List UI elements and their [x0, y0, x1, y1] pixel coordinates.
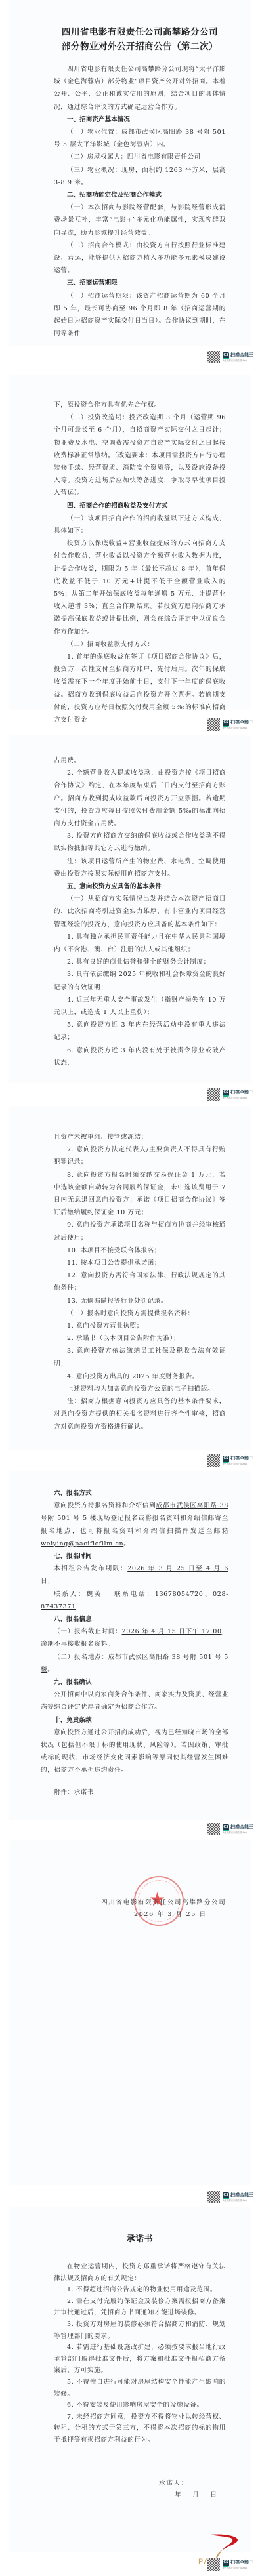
watermark-tagline: 3亿人都在用的扫描App: [223, 1831, 247, 1835]
s7-period: 本招租公告发布期限：2026 年 3 月 25 日至 4 月 6 日；: [41, 1563, 228, 1587]
s1-item-3: （三）物业概况：现房，面积约 1263 平方米，层高 3-8.9 米。: [54, 164, 226, 189]
pledge-date-label: 年 月 日: [175, 2489, 219, 2499]
page-4: 且资产未被重组、接管或冻结； 7. 意向投资方法定代表人/主要负责人不得具有行贿…: [9, 1107, 251, 1450]
qr-code-icon: [207, 718, 220, 731]
watermark-tagline: 3亿人都在用的扫描App: [223, 1463, 247, 1466]
watermark-brand: 扫描全能王: [230, 719, 253, 726]
s2-item-2: （二）招商合作模式：由投资方自行按照行业标准建设、营运，能够提供为招商方植入多功…: [54, 239, 226, 277]
email-link[interactable]: weiying@pacificfilm.cn: [41, 1540, 123, 1547]
s1-item-1: （一）物业位置：成都市武侯区高阳路 38 号附 501 号 5 层太平洋影城（金…: [54, 126, 226, 151]
s5-condition-13: 13. 无偷漏瞒报等行业处罚记录。: [54, 1295, 226, 1307]
pledge-item-1: 1. 不得超过招商公告规定的物业使用用途及范围。: [54, 2284, 226, 2296]
page-7: 承诺书 在物业运营期内，投资方郑重承诺将严格遵守有关法律法规及招商方的有关规定：…: [9, 2207, 251, 2552]
s5-condition-1: 1. 具有独立承担民事责任能力且在中华人民共和国境内（不含港、澳、台）注册的法人…: [54, 931, 226, 956]
s6-text-end: 。: [123, 1540, 130, 1547]
s5-condition-5: 5. 意向投资方近 3 年内在经营活动中没有重大违法记录；: [54, 1019, 226, 1044]
watermark-tagline: 3亿人都在用的扫描App: [223, 727, 247, 730]
camscanner-watermark: CS 扫描全能王 3亿人都在用的扫描App: [207, 1454, 253, 1467]
section-4-heading: 四、招商合作的招商收益及支付方式: [54, 500, 226, 512]
watermark-brand: 扫描全能王: [230, 1824, 253, 1830]
period-end: ；: [47, 1578, 54, 1585]
camscanner-logo-icon: CS: [223, 1456, 229, 1463]
contact-name: 魏英: [87, 1591, 103, 1598]
section-3-heading: 三、招商运营期限: [54, 277, 226, 289]
watermark-tagline: 3亿人都在用的扫描App: [223, 2199, 247, 2203]
s5-materials-note: 上述资料均为加盖意向投资方公章的电子扫描版。: [54, 1383, 226, 1395]
section-5-heading: 五、意向投资方应具备的基本条件: [54, 880, 226, 893]
camscanner-watermark: CS 扫描全能王 3亿人都在用的扫描App: [207, 351, 253, 364]
watermark-brand: 扫描全能王: [230, 2559, 253, 2566]
watermark-brand: 扫描全能王: [230, 2192, 253, 2198]
s5-note: 注：招商方根据意向投资方应具备的基本条件要求，对意向投资方提供的相关报名资料进行…: [54, 1395, 226, 1433]
s3-item-1-part1: （一）招商运营期限：该资产招商运营期为 60 个月即 5 年，最长可协商至 96…: [54, 290, 226, 340]
s5-condition-10: 10. 本项目不接受联合体报名；: [54, 1244, 226, 1257]
qr-code-icon: [207, 1088, 220, 1101]
s4-note: 注：该项目运营所产生的物业费、水电费、空调使用费由投资方按照实际使用向招商方支付…: [54, 855, 226, 880]
document-title-line2: 部分物业对外公开招商公告（第二次）: [54, 39, 226, 54]
s2-item-1: （一）本次招商与影院经营配套，与影院经营形成消费场景互补，丰富“电影+”多元化功…: [54, 201, 226, 239]
pledge-item-3: 3. 投资方对房屋的装修必须符合招商方和消防、规划等管理部门的要求。: [54, 2319, 226, 2342]
s5-item-1: （一）从招商方实际情况出发并结合本次资产招商目的，此次招商将引进资金实力雄厚，有…: [54, 893, 226, 931]
page-1: 四川省电影有限责任公司高攀路分公司 部分物业对外公开招商公告（第二次） 四川省电…: [9, 0, 251, 345]
camscanner-watermark: CS 扫描全能王 3亿人都在用的扫描App: [207, 2558, 253, 2571]
s9-text: 公开招商中以商家商务合作条件、商家实力及资质、经营业态等综合评定优厚者确定为招商…: [41, 1688, 228, 1713]
watermark-tagline: 3亿人都在用的扫描App: [223, 1097, 247, 1100]
watermark-brand: 扫描全能王: [230, 352, 253, 358]
s4-pay-1-part1: 1. 首年的保底收益在签订《项目招商合作协议》后，投资方一次性支付至招商方账户，…: [54, 651, 226, 726]
s5-condition-11: 11. 按本项目公告提供承诺函；: [54, 1257, 226, 1269]
s4-pay-2: 2. 全额营业收入提成收益款，由投资方按《项目招商合作协议》约定，在本年度结束后…: [54, 767, 226, 830]
s5-condition-12: 12. 意向投资方需符合国家法律、行政法规规定的其他条件；: [54, 1269, 226, 1294]
signature-date: 2026 年 3 月 25 日: [134, 1909, 207, 1918]
s7-contact: 联系人：魏英 联系电话：13678054720、028-87437371: [41, 1588, 228, 1613]
s5-material-3: 3. 意向投资方依法缴纳员工社保及税收合法有效证明；: [54, 1345, 226, 1370]
s5-item-2: （二）报名时意向投资方需提供报名资料：: [54, 1307, 226, 1320]
s5-condition-7: 7. 意向投资方法定代表人/主要负责人不得具有行贿犯罪记录；: [54, 1143, 226, 1168]
pledge-signer-label: 承诺人：: [159, 2478, 188, 2487]
section-6-heading: 六、报名方式: [41, 1487, 228, 1500]
camscanner-watermark: CS 扫描全能王 3亿人都在用的扫描App: [207, 718, 253, 731]
pledge-item-7: 7. 未经招商方同意，投资方不得将物业以转经营权、转租、分租的方式于第三方，不得…: [54, 2411, 226, 2446]
s5-condition-8: 8. 意向投资方报名时须交纳交易保证金 1 万元，若中选该金额自动转为合同履约保…: [54, 1169, 226, 1219]
qr-code-icon: [207, 1454, 220, 1467]
s4-pay-1-part2: 占用费。: [54, 754, 226, 767]
s1-item-2: （二）房屋权属人：四川省电影有限责任公司: [54, 151, 226, 163]
watermark-tagline: 3亿人都在用的扫描App: [223, 359, 247, 363]
camscanner-watermark: CS 扫描全能王 3亿人都在用的扫描App: [207, 1823, 253, 1836]
signature-company: 四川省电影有限责任公司高攀路分公司: [101, 1897, 226, 1906]
pledge-item-6: 6. 不得安装及使用影响房屋安全的设施设备。: [54, 2400, 226, 2411]
period-label: 本招租公告发布期限：: [54, 1565, 127, 1572]
camscanner-logo-icon: CS: [223, 2192, 229, 2199]
camscanner-logo-icon: CS: [223, 352, 229, 359]
deadline-value: 2026 年 4 月 15 日下午 17:00: [122, 1628, 222, 1635]
pledge-item-4: 4. 若需进行基础设施改扩建，必须按要求报当地行政主管部门取得批准文件后，将方案…: [54, 2342, 226, 2377]
qr-code-icon: [207, 2558, 220, 2571]
s5-material-1: 1. 意向投资方营业执照；: [54, 1320, 226, 1332]
page-3: 占用费。 2. 全额营业收入提成收益款，由投资方按《项目招商合作协议》约定，在本…: [9, 736, 251, 1082]
place-end: 。: [47, 1666, 54, 1673]
camscanner-watermark: CS 扫描全能王 3亿人都在用的扫描App: [207, 1088, 253, 1101]
page-6: ★ 四川省电影有限责任公司高攀路分公司 2026 年 3 月 25 日: [9, 1841, 251, 2184]
s4-item-1-detail: 投资方以保底收益+营业收益提成的方式向招商方支付合作收益，营业收益以投资方全额营…: [54, 537, 226, 638]
camscanner-logo-icon: CS: [223, 1090, 229, 1097]
pledge-item-2: 2. 需在支付完履约保证金及装修方案需报招商方备案并审批通过后，凭招商方书面通知…: [54, 2296, 226, 2319]
pledge-item-5: 5. 不得擅自进行可能对房屋结构安全性能产生影响的装修。: [54, 2377, 226, 2400]
page-2: 下，原投资合作方具有优先合作权。 （二）投资改造期：投资改造期 3 个月（运营期…: [9, 375, 251, 708]
section-10-heading: 十、免责条款: [41, 1714, 228, 1727]
section-2-heading: 二、招商功能定位及招商合作模式: [54, 189, 226, 201]
s3-item-1-part2: 下，原投资合作方具有优先合作权。: [54, 399, 226, 411]
watermark-brand: 扫描全能王: [230, 1089, 253, 1095]
s5-material-4: 4. 意向投资方出具的 2025 年度财务报告。: [54, 1370, 226, 1383]
watermark-tagline: 3亿人都在用的扫描App: [223, 2567, 247, 2570]
s8-deadline: （一）报名截止时间：2026 年 4 月 15 日下午 17:00，逾期不再接收…: [41, 1625, 228, 1650]
s3-item-2: （二）投资改造期：投资改造期 3 个月（运营期 96 个月可最长至 6 个月），…: [54, 411, 226, 499]
s4-pay-3: 3. 投资方向招商方交纳的保底收益或合作收益款不得以实物抵扣等其它方式进行缴纳。: [54, 830, 226, 855]
camscanner-logo-icon: CS: [223, 1824, 229, 1831]
section-9-heading: 九、报名确认: [41, 1676, 228, 1688]
pledge-title: 承诺书: [54, 2232, 226, 2247]
document-title-line1: 四川省电影有限责任公司高攀路分公司: [54, 25, 226, 39]
s4-item-1: （一）该项目招商合作的招商收益以下述方式构成，具体如下：: [54, 512, 226, 537]
pledge-intro: 在物业运营期内，投资方郑重承诺将严格遵守有关法律法规及招商方的有关规定：: [54, 2261, 226, 2284]
s5-condition-6-cont: 且资产未被重组、接管或冻结；: [54, 1131, 226, 1143]
s5-condition-4: 4. 近三年无重大安全事故发生（指财产损失在 10 万元以上，或造成 1 人以上…: [54, 994, 226, 1019]
camscanner-watermark: CS 扫描全能王 3亿人都在用的扫描App: [207, 2191, 253, 2204]
s8-place: （二）报名地点：成都市武侯区高阳路 38 号附 501 号 5 楼。: [41, 1651, 228, 1676]
s10-text: 意向投资方通过公开招商成功后，视为已经知晓市场的全部状况（包括但不限于标的使用现…: [41, 1727, 228, 1777]
qr-code-icon: [207, 2191, 220, 2203]
deadline-label: （一）报名截止时间：: [54, 1628, 122, 1635]
s6-text-pre: 意向投资方持报名资料和介绍信到: [54, 1502, 156, 1509]
s5-condition-9: 9. 意向投资方承诺项目名称与招商方协商并经审核通过后使用；: [54, 1219, 226, 1244]
camscanner-logo-icon: CS: [223, 720, 229, 727]
place-label: （二）报名地点：: [54, 1654, 108, 1661]
qr-code-icon: [207, 1823, 220, 1835]
section-7-heading: 七、报名时间: [41, 1550, 228, 1563]
phone-label: 联系电话：: [114, 1591, 155, 1598]
section-1-heading: 一、招商资产基本情况: [54, 113, 226, 126]
attachment-line: 附件：承诺书: [41, 1786, 228, 1799]
s5-condition-2: 2. 具有良好的商业信誉和健全的财务会计制度；: [54, 956, 226, 968]
s6-text: 意向投资方持报名资料和介绍信到成都市武侯区高阳路 38 号附 501 号 5 楼…: [41, 1500, 228, 1550]
s5-condition-6: 6. 意向投资方近 3 年内没有处于被责令停业或破产状态，: [54, 1044, 226, 1069]
qr-code-icon: [207, 351, 220, 363]
contact-label: 联系人：: [54, 1591, 87, 1598]
s5-material-2: 2. 承诺书（以本项目公告附件为准）；: [54, 1332, 226, 1345]
section-8-heading: 八、报名信息: [41, 1613, 228, 1625]
camscanner-logo-icon: CS: [223, 2560, 229, 2567]
page-5: 六、报名方式 意向投资方持报名资料和介绍信到成都市武侯区高阳路 38 号附 50…: [9, 1471, 251, 1819]
s5-condition-3: 3. 具有依法缴纳 2025 年税收和社会保障资金的良好记录的有效证明；: [54, 968, 226, 993]
intro-paragraph: 四川省电影有限责任公司高攀路分公司现将“太平洋影城（金色海蓉店）部分物业”项目资…: [54, 63, 226, 113]
watermark-brand: 扫描全能王: [230, 1455, 253, 1462]
s4-item-2: （二）招商收益款支付方式：: [54, 638, 226, 651]
